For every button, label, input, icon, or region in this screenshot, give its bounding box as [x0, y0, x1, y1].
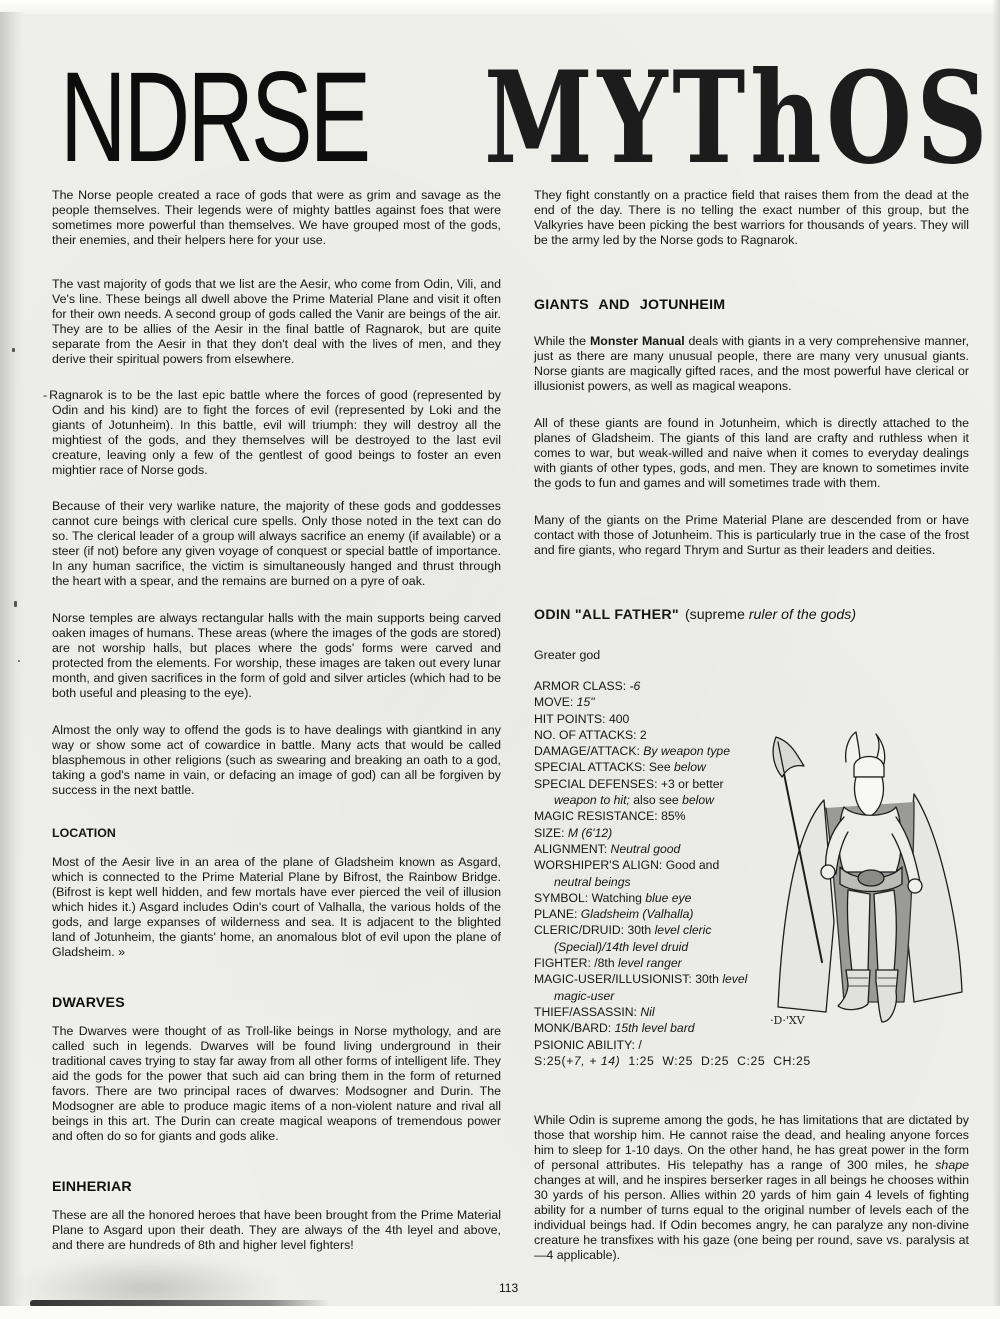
stat-label: MAGIC RESISTANCE: — [534, 809, 658, 823]
odin-subtitle-plain: (supreme — [685, 607, 749, 623]
stat-value: blue eye — [645, 891, 691, 905]
location-paragraph: Most of the Aesir live in an area of the… — [52, 855, 501, 960]
stat-value: 30th — [695, 972, 719, 986]
stat-value: 30th — [627, 923, 651, 937]
stat-value: 1:25 W:25 D:25 C:25 CH:25 — [628, 1054, 810, 1068]
einheriar-paragraph: These are all the honored heroes that ha… — [52, 1208, 501, 1253]
section-heading-einheriar: EINHERIAR — [52, 1178, 501, 1196]
monster-manual-reference: Monster Manual — [590, 334, 685, 348]
stat-label: SIZE: — [534, 826, 564, 840]
illustration-signature: ·D·'XV — [770, 1014, 805, 1027]
stat-value: Neutral good — [611, 842, 681, 856]
stat-value: See — [649, 760, 671, 774]
stat-value: (Special)/14th level druid — [554, 940, 688, 954]
stat-armor-class: ARMOR CLASS: -6 — [534, 678, 969, 694]
page-number: 113 — [499, 1281, 518, 1295]
einheriar-continued-paragraph: They fight constantly on a practice fiel… — [534, 188, 969, 248]
intro-paragraph: Almost the only way to offend the gods i… — [52, 723, 501, 798]
intro-paragraph: The vast majority of gods that we list a… — [52, 277, 501, 367]
stat-value: M (6'12) — [568, 826, 612, 840]
stat-value: weapon to hit; — [554, 793, 630, 807]
title-rune-mark: ᛃ — [955, 110, 961, 121]
section-heading-location: LOCATION — [52, 826, 501, 841]
title-word-mythos: MYThOS — [484, 62, 992, 174]
giants-text: While the — [534, 334, 590, 348]
stat-label: HIT POINTS: — [534, 712, 606, 726]
stat-label: SYMBOL: — [534, 891, 588, 905]
ragnarok-text: Ragnarok is to be the last epic battle w… — [49, 388, 501, 477]
stat-label: MAGIC-USER/ILLUSIONIST: — [534, 972, 692, 986]
stat-value: / — [638, 1038, 641, 1052]
stat-label: THIEF/ASSASSIN: — [534, 1005, 637, 1019]
giants-paragraph-3: Many of the giants on the Prime Material… — [534, 513, 969, 558]
odin-subtitle-italic: ruler of the gods) — [749, 607, 856, 623]
stat-value: 400 — [609, 712, 629, 726]
odin-rank: Greater god — [534, 648, 969, 663]
section-heading-giants: GIANTS AND JOTUNHEIM — [534, 296, 969, 314]
stat-value: 85% — [661, 809, 685, 823]
stat-value: +7, + 14) — [566, 1054, 620, 1068]
dwarves-paragraph: The Dwarves were thought of as Troll-lik… — [52, 1024, 501, 1144]
stat-value: level ranger — [618, 956, 682, 970]
left-column: The Norse people created a race of gods … — [52, 188, 501, 1268]
stat-label: CLERIC/DRUID: — [534, 923, 624, 937]
stat-label: SPECIAL DEFENSES: — [534, 777, 658, 791]
stat-value: level cleric — [655, 923, 712, 937]
intro-paragraph: Norse temples are always rectangular hal… — [52, 611, 501, 701]
giants-paragraph-1: While the Monster Manual deals with gian… — [534, 334, 969, 394]
page-title: NDRSE MYThOS — [60, 62, 970, 174]
odin-description-text: While Odin is supreme among the gods, he… — [534, 1113, 969, 1172]
intro-paragraph: The Norse people created a race of gods … — [52, 188, 501, 248]
stat-value: 15" — [577, 695, 595, 709]
title-word-norse: NDRSE — [60, 62, 368, 174]
odin-description: While Odin is supreme among the gods, he… — [534, 1113, 969, 1263]
stat-value: magic-user — [554, 989, 614, 1003]
page-top-edge — [0, 0, 1000, 14]
binding-shadow — [0, 12, 24, 1312]
stat-label: PLANE: — [534, 907, 577, 921]
stat-value: Watching — [592, 891, 642, 905]
stat-value: also see — [633, 793, 678, 807]
stat-move: MOVE: 15" — [534, 694, 969, 710]
stat-value: Nil — [640, 1005, 654, 1019]
giants-paragraph-2: All of these giants are found in Jotunhe… — [534, 416, 969, 491]
stat-label: ALIGNMENT: — [534, 842, 607, 856]
odin-name: ODIN "ALL FATHER" — [534, 607, 679, 623]
page-bottom-edge — [0, 1306, 1000, 1319]
odin-heading: ODIN "ALL FATHER"(supreme ruler of the g… — [534, 606, 969, 624]
stat-value: 15th level bard — [615, 1021, 695, 1035]
stat-label: MOVE: — [534, 695, 573, 709]
stat-value: By weapon type — [643, 744, 730, 758]
odin-description-text: changes at will, and he inspires berserk… — [534, 1173, 969, 1262]
section-heading-dwarves: DWARVES — [52, 994, 501, 1012]
odin-illustration: ·D·'XV — [764, 722, 970, 1044]
stat-label: ARMOR CLASS: — [534, 679, 626, 693]
intro-paragraph: Because of their very warlike nature, th… — [52, 499, 501, 589]
stat-label: SPECIAL ATTACKS: — [534, 760, 646, 774]
stat-value: +3 or better — [661, 777, 724, 791]
stat-value: -6 — [630, 679, 641, 693]
stat-label: WORSHIPER'S ALIGN: — [534, 858, 662, 872]
stat-label: PSIONIC ABILITY: — [534, 1038, 635, 1052]
intro-paragraph: -Ragnarok is to be the last epic battle … — [52, 388, 501, 478]
stat-ability-scores: S:25(+7, + 14) 1:25 W:25 D:25 C:25 CH:25 — [534, 1053, 969, 1069]
stat-value: 2 — [640, 728, 647, 742]
odin-description-italic: shape — [935, 1158, 969, 1172]
stat-value: /8th — [594, 956, 614, 970]
stat-value: below — [682, 793, 714, 807]
stat-value: Gladsheim (Valhalla) — [581, 907, 694, 921]
stat-label: DAMAGE/ATTACK: — [534, 744, 640, 758]
odin-figure-icon — [764, 722, 970, 1044]
stat-value: Good and — [666, 858, 720, 872]
stat-value: S:25( — [534, 1054, 566, 1068]
stat-label: FIGHTER: — [534, 956, 591, 970]
margin-dash-mark: - — [43, 388, 47, 402]
page-right-edge — [992, 0, 1000, 1319]
scanned-page: NDRSE MYThOS ᛃ The Norse people created … — [0, 0, 1000, 1319]
odin-subtitle: (supreme ruler of the gods) — [685, 607, 856, 623]
stat-value: below — [674, 760, 706, 774]
stat-value: level — [722, 972, 747, 986]
stat-label: MONK/BARD: — [534, 1021, 611, 1035]
stat-value: neutral beings — [554, 875, 631, 889]
stat-label: NO. OF ATTACKS: — [534, 728, 636, 742]
